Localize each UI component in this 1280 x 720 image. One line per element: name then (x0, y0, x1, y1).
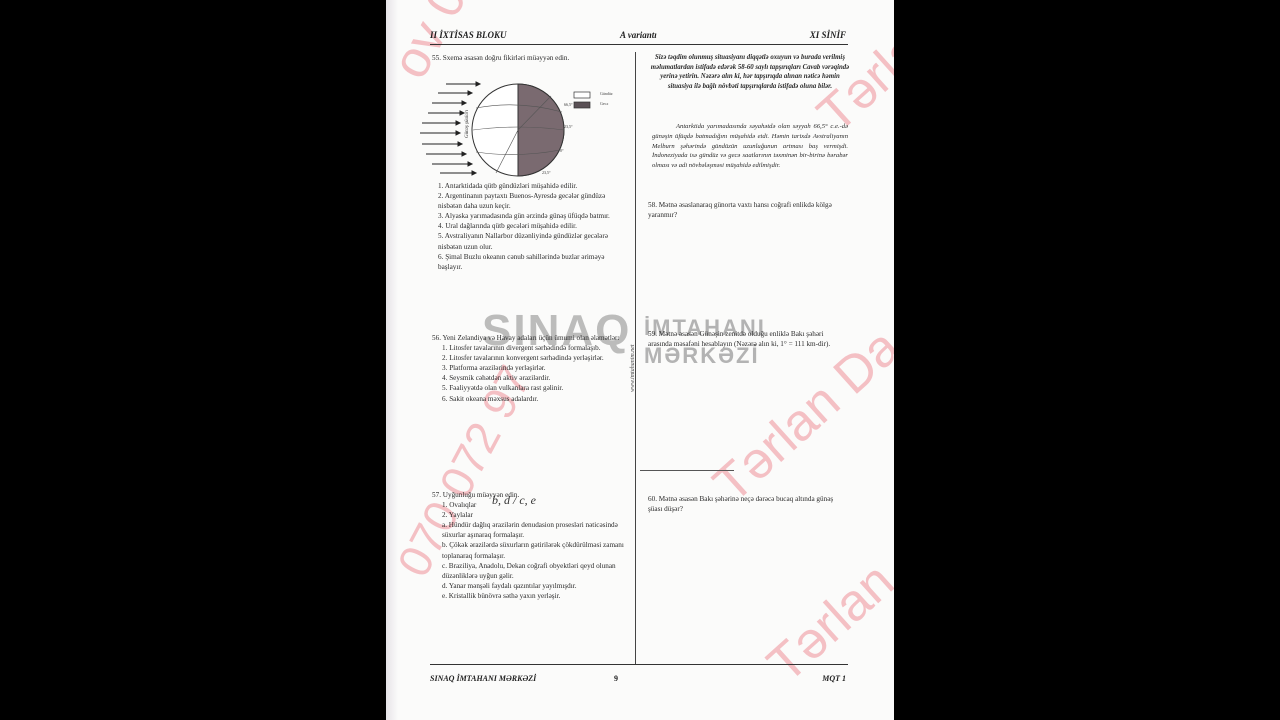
option: 4. Ural dağlarında qütb gecələri müşahid… (438, 221, 630, 231)
option: 1. Litosfer tavalarının divergent sərhəd… (442, 343, 628, 353)
option: d. Yanar mənşəli faydalı qazıntılar yayı… (442, 581, 628, 591)
option: 6. Sakit okeana məxsus adalardır. (442, 394, 628, 404)
match-item: 2. Yaylalar (442, 510, 628, 520)
question-56-title: 56. Yeni Zelandiya və Havay adaları üçün… (432, 333, 628, 343)
page-header: II İXTİSAS BLOKU A variantı XI SİNİF (430, 30, 846, 44)
option: b. Çökək ərazilərdə süxurların gətirilər… (442, 540, 628, 560)
legend-night: Gecə (600, 101, 608, 106)
svg-text:0°: 0° (560, 148, 564, 153)
question-55-options: 1. Antarktidada qütb gündüzləri müşahidə… (438, 181, 630, 272)
header-right: XI SİNİF (810, 30, 846, 40)
page-number: 9 (614, 674, 618, 683)
option: 4. Seysmik cəhətdən aktiv ərazilərdir. (442, 373, 628, 383)
situation-text: Antarktida yarımadasında səyahətdə olan … (652, 122, 848, 171)
option: c. Braziliya, Anadolu, Dekan coğrafi oby… (442, 561, 628, 581)
question-60-title: 60. Mətnə əsasən Bakı şəhərinə neçə dərə… (648, 494, 848, 514)
option: a. Hündür dağlıq ərazilərin denudasion p… (442, 520, 628, 540)
question-59: 59. Mətnə əsasən Günəşin zenitdə olduğu … (648, 329, 848, 349)
question-56: 56. Yeni Zelandiya və Havay adaları üçün… (432, 333, 628, 404)
svg-text:66,5°: 66,5° (564, 102, 573, 108)
question-55: 55. Sxemə əsasən doğru fikirləri müəyyən… (432, 53, 632, 63)
legend-day: Gündüz (600, 91, 613, 96)
question-59-title: 59. Mətnə əsasən Günəşin zenitdə olduğu … (648, 329, 848, 349)
column-divider (635, 52, 636, 664)
handwritten-answer-57: b, d / c, e (492, 495, 536, 505)
svg-text:23,5°: 23,5° (564, 124, 573, 130)
svg-text:Günəş şüaları: Günəş şüaları (465, 109, 470, 138)
option: 3. Alyaska yarımadasında gün ərzində gün… (438, 211, 630, 221)
svg-text:23,5°: 23,5° (542, 170, 551, 176)
sun-rays-arrows (420, 82, 480, 175)
header-center: A variantı (620, 30, 657, 40)
header-rule (430, 44, 848, 45)
option: 3. Platforma ərazilərində yerləşirlər. (442, 363, 628, 373)
option: 2. Argentinanın paytaxtı Buenos-Ayresdə … (438, 191, 630, 211)
option: 5. Avstraliyanın Nallarbor düzənliyində … (438, 231, 630, 251)
exam-page: ov 0 070 072 97 Tərlan Da Tərlan Tərlan … (386, 0, 894, 720)
divider-q59 (640, 470, 734, 471)
question-58: 58. Mətnə əsaslanaraq günorta vaxtı hans… (648, 200, 848, 220)
option: 6. Şimal Buzlu okeanın cənub sahillərind… (438, 252, 630, 272)
question-55-title: 55. Sxemə əsasən doğru fikirləri müəyyən… (432, 53, 632, 63)
earth-illumination-diagram: Günəş şüaları 66,5° 23,5° 0° 23,5° (416, 78, 596, 180)
option: 2. Litosfer tavalarının konvergent sərhə… (442, 353, 628, 363)
option: 5. Fəaliyyətdə olan vulkanlara rast gəli… (442, 383, 628, 393)
header-left: II İXTİSAS BLOKU (430, 30, 507, 40)
page-footer: SINAQ İMTAHANI MƏRKƏZİ 9 MQT 1 (430, 674, 846, 683)
option: e. Kristallik bünövrə səthə yaxın yerləş… (442, 591, 628, 601)
footer-rule (430, 664, 848, 665)
option: 1. Antarktidada qütb gündüzləri müşahidə… (438, 181, 630, 191)
question-60: 60. Mətnə əsasən Bakı şəhərinə neçə dərə… (648, 494, 848, 514)
footer-left: SINAQ İMTAHANI MƏRKƏZİ (430, 674, 536, 683)
footer-right: MQT 1 (822, 674, 846, 683)
question-58-title: 58. Mətnə əsaslanaraq günorta vaxtı hans… (648, 200, 848, 220)
situation-intro: Sizə təqdim olunmuş situasiyanı diqqətlə… (650, 53, 850, 91)
